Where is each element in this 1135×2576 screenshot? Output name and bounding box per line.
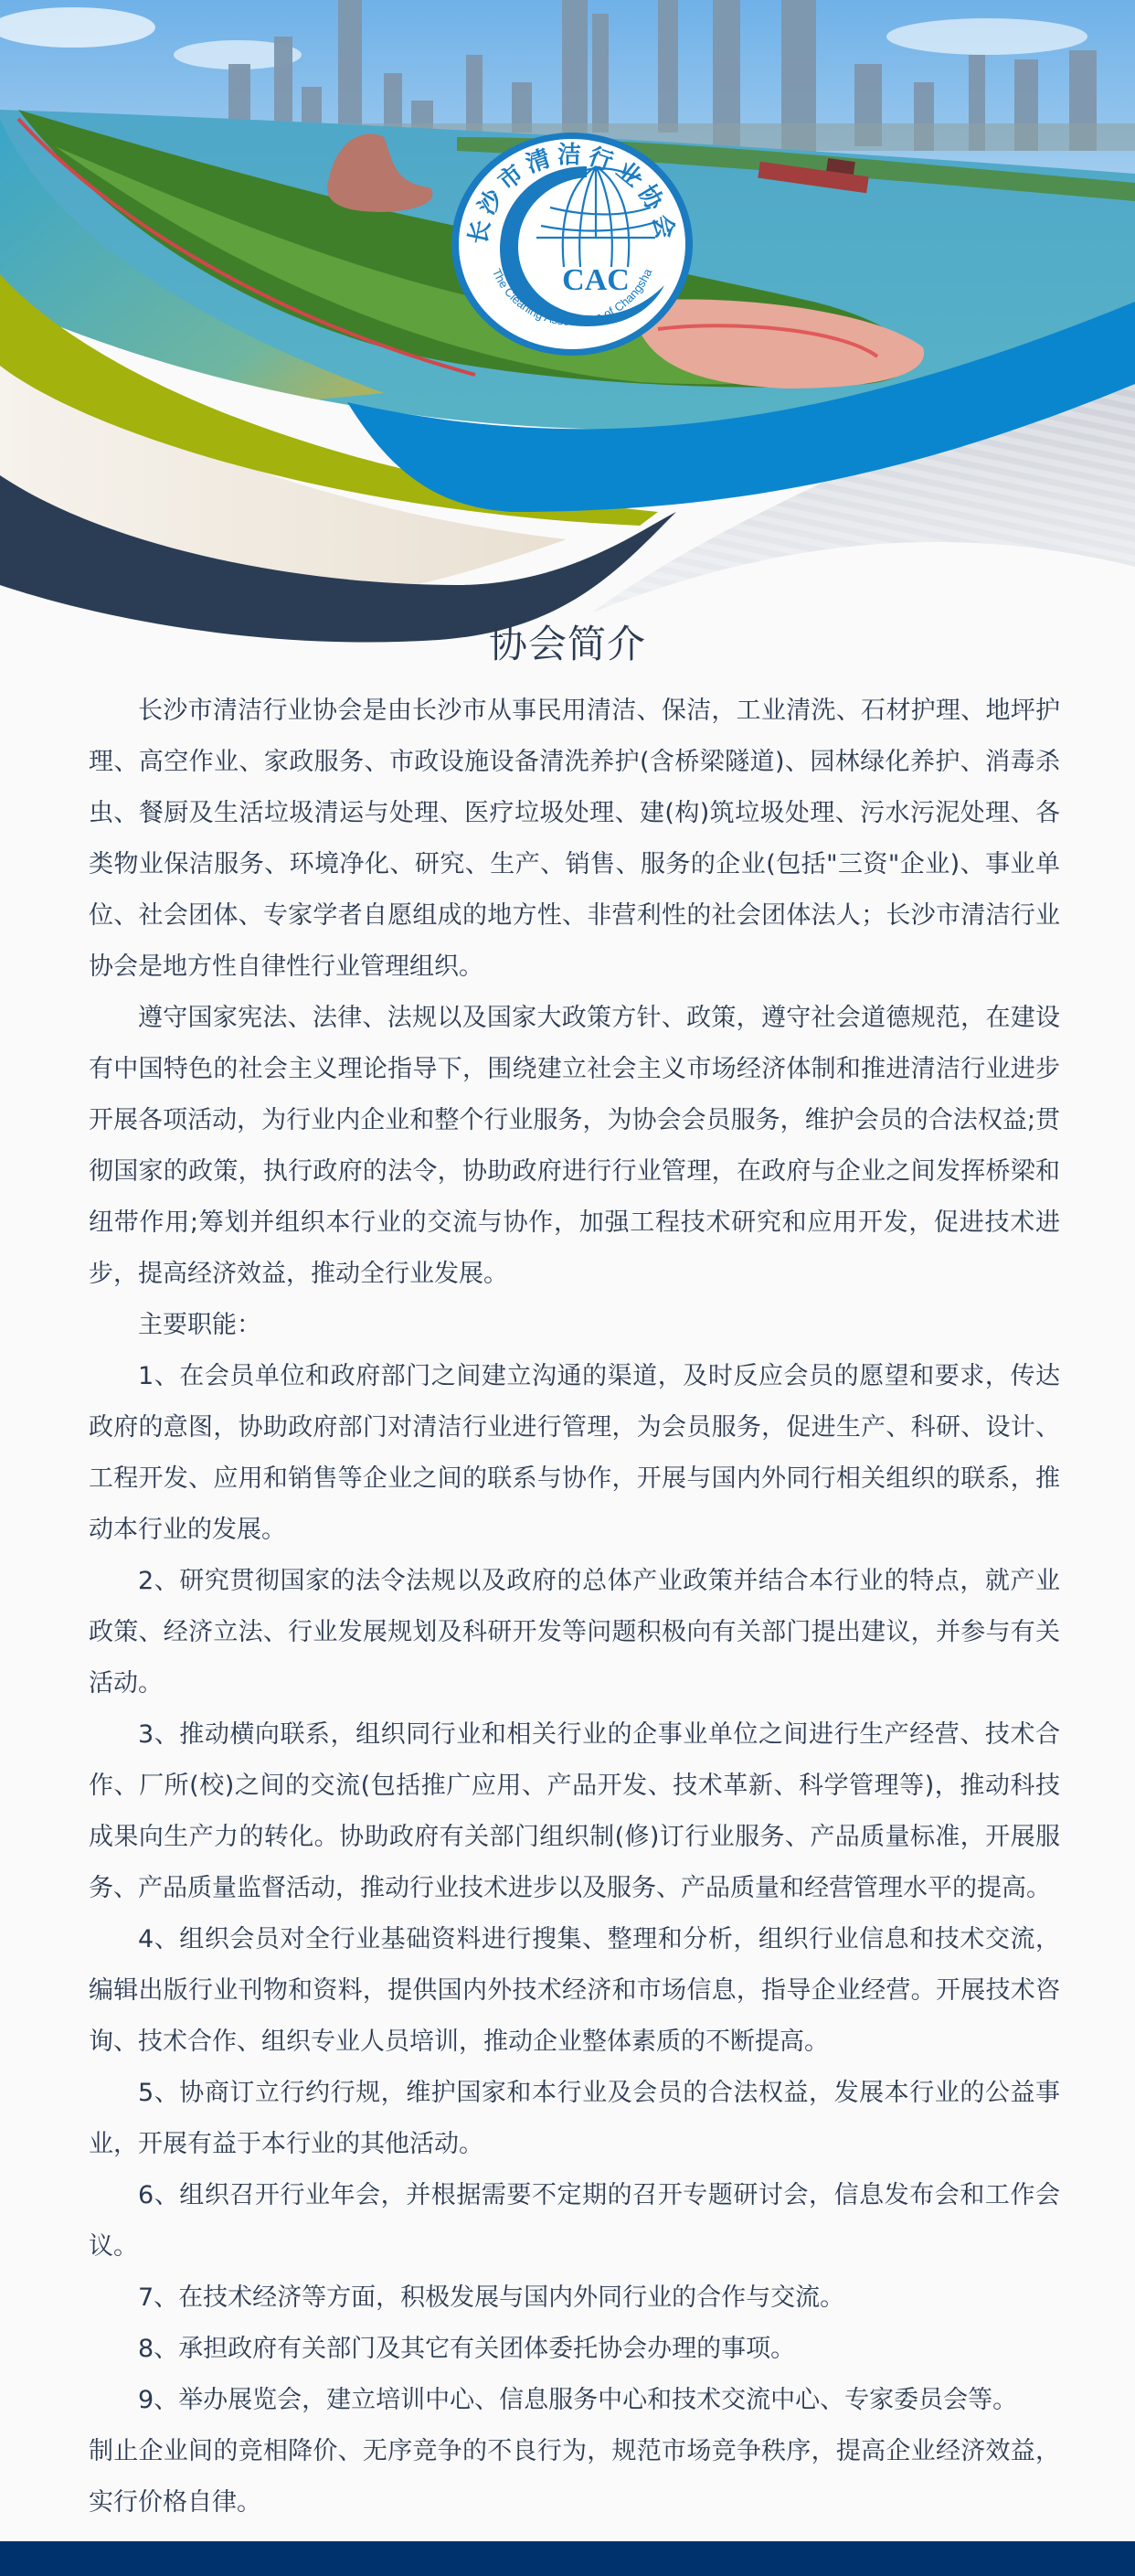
- content-section: 协会简介 长沙市清洁行业协会是由长沙市从事民用清洁、保洁，工业清洗、石材护理、地…: [0, 603, 1135, 2528]
- intro-paragraph: 长沙市清洁行业协会是由长沙市从事民用清洁、保洁，工业清洗、石材护理、地坪护理、高…: [89, 686, 1060, 993]
- page-title: 协会简介: [0, 603, 1135, 686]
- hero-banner: CAC 长沙市清洁行业协会 The Cleaning Association o…: [0, 0, 1135, 676]
- cac-logo-icon: CAC 长沙市清洁行业协会 The Cleaning Association o…: [450, 130, 695, 358]
- closing-paragraph: 制止企业间的竞相降价、无序竞争的不良行为，规范市场竞争秩序，提高企业经济效益，实…: [89, 2426, 1060, 2528]
- function-item: 8、承担政府有关部门及其它有关团体委托协会办理的事项。: [89, 2324, 1060, 2375]
- association-intro-article: 长沙市清洁行业协会是由长沙市从事民用清洁、保洁，工业清洗、石材护理、地坪护理、高…: [0, 686, 1135, 2528]
- function-item: 4、组织会员对全行业基础资料进行搜集、整理和分析，组织行业信息和技术交流，编辑出…: [89, 1914, 1060, 2068]
- function-item: 9、举办展览会，建立培训中心、信息服务中心和技术交流中心、专家委员会等。: [89, 2375, 1060, 2426]
- functions-heading: 主要职能：: [89, 1300, 1060, 1351]
- function-item: 6、组织召开行业年会，并根据需要不定期的召开专题研讨会，信息发布会和工作会议。: [89, 2170, 1060, 2273]
- function-item: 2、研究贯彻国家的法令法规以及政府的总体产业政策并结合本行业的特点，就产业政策、…: [89, 1556, 1060, 1709]
- footer-bar: [0, 2541, 1135, 2576]
- svg-text:CAC: CAC: [562, 263, 630, 297]
- function-item: 5、协商订立行约行规，维护国家和本行业及会员的合法权益，发展本行业的公益事业，开…: [89, 2068, 1060, 2170]
- intro-paragraph: 遵守国家宪法、法律、法规以及国家大政策方针、政策，遵守社会道德规范，在建设有中国…: [89, 993, 1060, 1300]
- association-logo: CAC 长沙市清洁行业协会 The Cleaning Association o…: [450, 130, 695, 358]
- function-item: 1、在会员单位和政府部门之间建立沟通的渠道，及时反应会员的愿望和要求，传达政府的…: [89, 1351, 1060, 1556]
- function-item: 3、推动横向联系，组织同行业和相关行业的企事业单位之间进行生产经营、技术合作、厂…: [89, 1709, 1060, 1914]
- function-item: 7、在技术经济等方面，积极发展与国内外同行业的合作与交流。: [89, 2273, 1060, 2324]
